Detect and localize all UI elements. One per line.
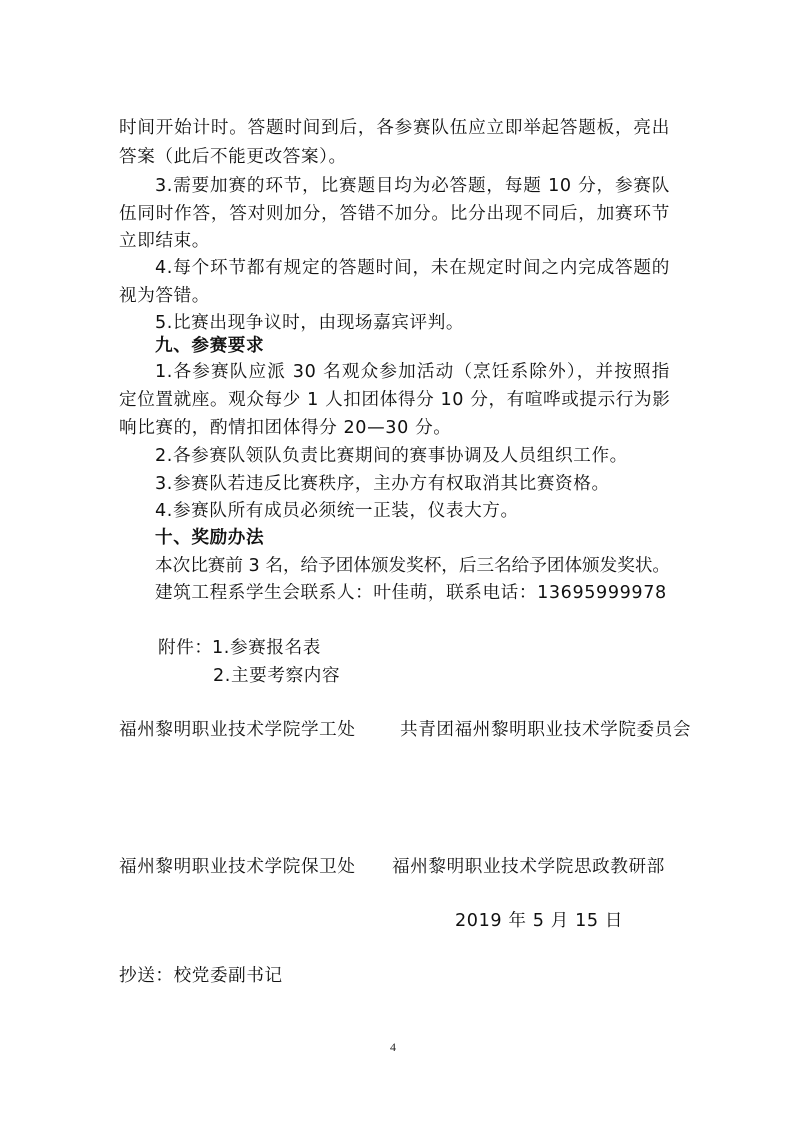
paragraph-line: 答案（此后不能更改答案）。 [119,145,347,169]
attachment-item-2: 2.主要考察内容 [213,664,340,688]
rule-item-5: 5.比赛出现争议时，由现场嘉宾评判。 [155,311,464,335]
signature-ideology-dept: 福州黎明职业技术学院思政教研部 [392,855,665,879]
section-heading-awards: 十、奖励办法 [155,526,264,550]
rule-item-4: 4.每个环节都有规定的答题时间，未在规定时间之内完成答题的 [155,256,670,280]
rule-item-3: 3.需要加赛的环节，比赛题目均为必答题，每题 10 分，参赛队 [155,174,670,198]
attachments-label: 附件： [158,636,213,660]
paragraph-line: 视为答错。 [119,284,210,308]
requirement-item-2: 2.各参赛队领队负责比赛期间的赛事协调及人员组织工作。 [155,444,628,468]
section-heading-requirements: 九、参赛要求 [155,334,264,358]
paragraph-line: 立即结束。 [119,229,210,253]
paragraph-line: 定位置就座。观众每少 1 人扣团体得分 10 分，有喧哗或提示行为影 [119,388,670,412]
contact-info: 建筑工程系学生会联系人：叶佳萌，联系电话：13695999978 [155,581,667,605]
requirement-item-3: 3.参赛队若违反比赛秩序，主办方有权取消其比赛资格。 [155,472,610,496]
page-number: 4 [390,1040,396,1055]
awards-text: 本次比赛前 3 名，给予团体颁发奖杯，后三名给予团体颁发奖状。 [155,554,670,578]
requirement-item-1: 1.各参赛队应派 30 名观众参加活动（烹饪系除外），并按照指 [155,360,670,384]
signature-security-office: 福州黎明职业技术学院保卫处 [119,855,356,879]
cc-line: 抄送：校党委副书记 [119,964,283,988]
paragraph-line: 响比赛的，酌情扣团体得分 20—30 分。 [119,416,451,440]
attachment-item-1: 1.参赛报名表 [212,636,321,660]
document-page: 时间开始计时。答题时间到后，各参赛队伍应立即举起答题板，亮出 答案（此后不能更改… [0,0,793,1122]
requirement-item-4: 4.参赛队所有成员必须统一正装，仪表大方。 [155,499,519,523]
signature-student-affairs: 福州黎明职业技术学院学工处 [119,718,356,742]
paragraph-line: 时间开始计时。答题时间到后，各参赛队伍应立即举起答题板，亮出 [119,116,670,140]
document-date: 2019 年 5 月 15 日 [455,909,623,933]
signature-youth-league: 共青团福州黎明职业技术学院委员会 [400,718,691,742]
paragraph-line: 伍同时作答，答对则加分，答错不加分。比分出现不同后，加赛环节 [119,202,670,226]
